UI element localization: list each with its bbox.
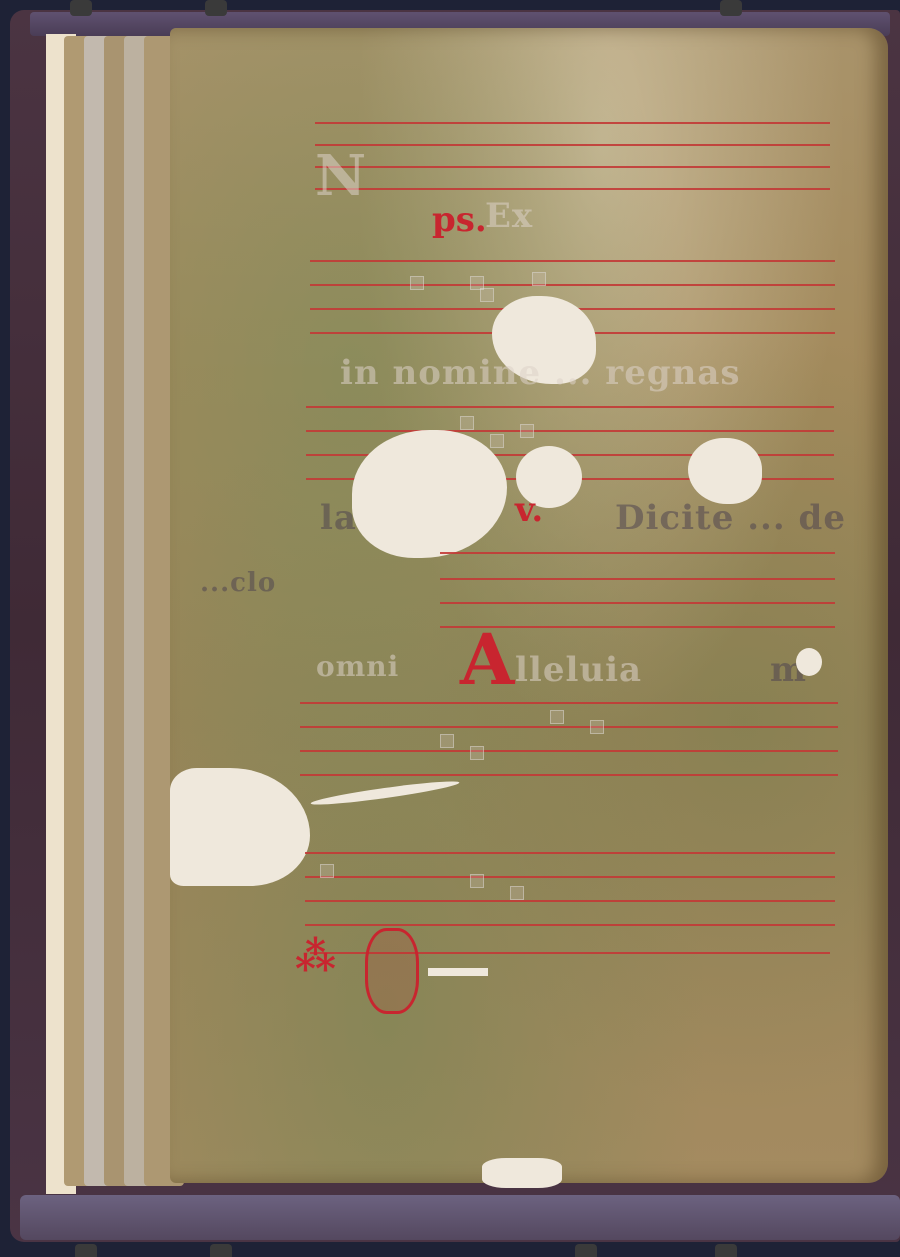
square-note: [520, 424, 534, 438]
clasp: [70, 0, 92, 16]
text-line-5a: omni: [316, 650, 399, 683]
staff-line: [305, 924, 835, 926]
square-note: [470, 746, 484, 760]
text-line-5b: lleluia: [515, 650, 642, 690]
decorated-initial-a: A: [460, 618, 514, 701]
staff-line: [315, 144, 830, 146]
staff-line: [315, 188, 830, 190]
parchment-loss: [352, 430, 507, 558]
parchment-tear: [428, 968, 488, 976]
staff-line: [310, 260, 835, 262]
square-note: [510, 886, 524, 900]
parchment-tear: [310, 778, 460, 809]
staff-line: [310, 284, 835, 286]
square-note: [550, 710, 564, 724]
staff-line: [440, 578, 835, 580]
staff-line: [306, 406, 834, 408]
square-note: [480, 288, 494, 302]
text-line-1: Ex: [485, 196, 533, 236]
square-note: [410, 276, 424, 290]
parchment-loss: [796, 648, 822, 676]
staff-line: [440, 552, 835, 554]
parchment-loss: [688, 438, 762, 504]
staff-line: [305, 876, 835, 878]
clasp: [720, 0, 742, 16]
initial-letter: N: [315, 143, 367, 209]
staff-line: [306, 430, 834, 432]
clasp: [210, 1244, 232, 1257]
square-note: [470, 874, 484, 888]
square-note: [320, 864, 334, 878]
text-line-2: in nomine ... regnas: [340, 353, 741, 393]
clasp: [75, 1244, 97, 1257]
clasp: [575, 1244, 597, 1257]
staff-line: [305, 852, 835, 854]
staff-line: [440, 602, 835, 604]
clasp: [715, 1244, 737, 1257]
staff-line: [315, 122, 830, 124]
text-line-3: la: [320, 498, 357, 538]
rubric-v: v.: [515, 490, 543, 530]
staff-line: [315, 166, 830, 168]
staff-line: [300, 774, 838, 776]
staff-line: [300, 702, 838, 704]
manuscript-page: N ps. Ex in nomine ... regnas la v. Dici…: [170, 28, 888, 1183]
decorative-flourish: ⁂: [295, 933, 336, 980]
text-line-3b: Dicite ... de: [615, 498, 846, 538]
staff-line: [305, 900, 835, 902]
rubric-ps: ps.: [432, 200, 487, 240]
clasp: [205, 0, 227, 16]
parchment-loss: [170, 768, 310, 886]
square-note: [460, 416, 474, 430]
staff-line: [300, 726, 838, 728]
binding-bottom-edge: [20, 1195, 900, 1240]
square-note: [590, 720, 604, 734]
text-line-4: ...clo: [200, 568, 276, 598]
square-note: [532, 272, 546, 286]
square-note: [440, 734, 454, 748]
decorated-initial-frame: [365, 928, 419, 1014]
staff-line: [300, 750, 838, 752]
parchment-loss: [482, 1158, 562, 1188]
square-note: [490, 434, 504, 448]
